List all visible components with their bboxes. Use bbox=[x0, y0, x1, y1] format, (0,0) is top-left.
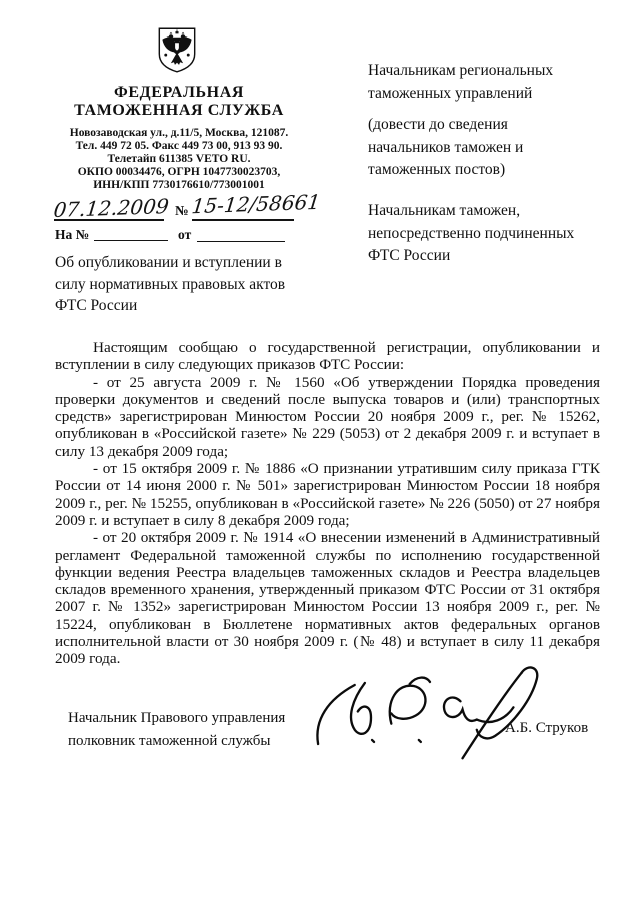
body-paragraph-4: - от 20 октября 2009 г. № 1914 «О внесен… bbox=[55, 529, 600, 667]
reply-number-underline bbox=[94, 221, 168, 241]
outgoing-number-handwritten: 15-12/58661 bbox=[190, 190, 321, 218]
outgoing-number-field: 15-12/58661 bbox=[192, 192, 294, 221]
org-name-line2: ТАМОЖЕННАЯ СЛУЖБА bbox=[38, 102, 320, 120]
org-address-line: Тел. 449 72 05. Факс 449 73 00, 913 93 9… bbox=[33, 140, 325, 153]
document-page: ФЕДЕРАЛЬНАЯ ТАМОЖЕННАЯ СЛУЖБА Новозаводс… bbox=[0, 0, 640, 900]
org-address: Новозаводская ул., д.11/5, Москва, 12108… bbox=[33, 127, 325, 192]
letter-body: Настоящим сообщаю о государственной реги… bbox=[55, 339, 600, 668]
signer-position-line1: Начальник Правового управления bbox=[68, 707, 318, 730]
signer-position-line2: полковник таможенной службы bbox=[68, 730, 318, 753]
body-paragraph-2: - от 25 августа 2009 г. № 1560 «Об утвер… bbox=[55, 374, 600, 460]
org-name-line1: ФЕДЕРАЛЬНАЯ bbox=[38, 84, 320, 102]
number-sign-label: № bbox=[175, 203, 189, 219]
reply-date-underline bbox=[197, 222, 285, 242]
body-paragraph-3: - от 15 октября 2009 г. № 1886 «О призна… bbox=[55, 460, 600, 529]
addressee-block-2: (довести до сведения начальников таможен… bbox=[368, 114, 590, 182]
org-address-line: Телетайп 611385 VETO RU. bbox=[33, 153, 325, 166]
org-name: ФЕДЕРАЛЬНАЯ ТАМОЖЕННАЯ СЛУЖБА bbox=[38, 84, 320, 119]
signer-position: Начальник Правового управления полковник… bbox=[68, 707, 318, 753]
addressee-block-1: Начальникам региональных таможенных упра… bbox=[368, 60, 590, 105]
subject-text: Об опубликовании и вступлении в силу нор… bbox=[55, 252, 301, 317]
org-address-line: Новозаводская ул., д.11/5, Москва, 12108… bbox=[33, 127, 325, 140]
outgoing-date-field: 07.12.2009 bbox=[54, 196, 164, 221]
russia-coat-of-arms-icon bbox=[158, 27, 196, 73]
outgoing-date-handwritten: 07.12.2009 bbox=[52, 194, 170, 222]
signature-icon bbox=[312, 660, 548, 768]
reply-date-label: от bbox=[178, 227, 191, 243]
signer-name: А.Б. Струков bbox=[505, 720, 588, 737]
org-address-line: ОКПО 00034476, ОГРН 1047730023703, bbox=[33, 166, 325, 179]
addressee-block-3: Начальникам таможен, непосредственно под… bbox=[368, 200, 590, 268]
org-address-line: ИНН/КПП 7730176610/773001001 bbox=[33, 179, 325, 192]
reply-number-label: На № bbox=[55, 227, 89, 243]
body-paragraph-1: Настоящим сообщаю о государственной реги… bbox=[55, 339, 600, 374]
